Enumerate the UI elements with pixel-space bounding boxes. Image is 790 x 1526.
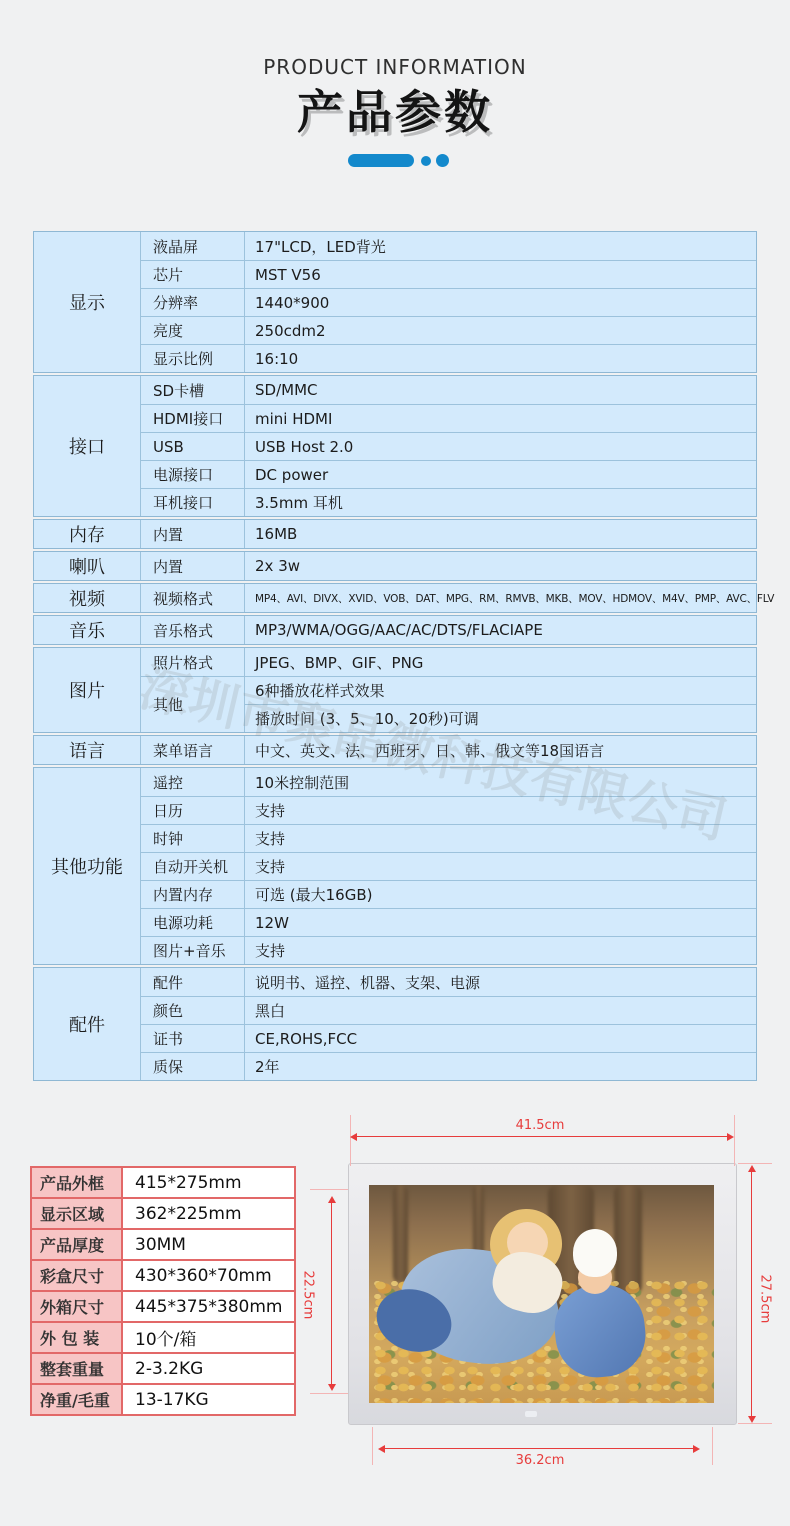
spec-key-cell: 内置: [141, 520, 245, 548]
spec-key-cell: SD卡槽: [141, 376, 245, 404]
size-value-cell: 30MM: [123, 1230, 294, 1259]
size-table-row: 产品外框415*275mm: [32, 1168, 294, 1197]
extension-line: [310, 1189, 348, 1190]
size-key-cell: 彩盒尺寸: [32, 1261, 123, 1290]
spec-rows: 菜单语言中文、英文、法、西班牙、日、韩、俄文等18国语言: [141, 736, 756, 764]
size-key-cell: 产品外框: [32, 1168, 123, 1197]
spec-value-cell: MP3/WMA/OGG/AAC/AC/DTS/FLACIAPE: [245, 616, 756, 644]
spec-section: 图片照片格式JPEG、BMP、GIF、PNG其他6种播放花样式效果播放时间 (3…: [33, 647, 757, 733]
accent-dot: [436, 154, 449, 167]
arrowhead-up-icon: [748, 1165, 756, 1172]
spec-category-cell: 配件: [34, 968, 141, 1080]
spec-value-cell: 250cdm2: [245, 316, 756, 344]
spec-rows: 视频格式MP4、AVI、DIVX、XVID、VOB、DAT、MPG、RM、RMV…: [141, 584, 774, 612]
frame-screen-photo: [369, 1185, 714, 1403]
spec-value-cell: CE,ROHS,FCC: [245, 1024, 756, 1052]
spec-value-cell: 支持: [245, 852, 756, 880]
spec-category-cell: 图片: [34, 648, 141, 732]
arrowhead-down-icon: [748, 1416, 756, 1423]
spec-category-cell: 接口: [34, 376, 141, 516]
spec-value-cell: 支持: [245, 936, 756, 964]
spec-rows: 配件说明书、遥控、机器、支架、电源颜色黑白证书CE,ROHS,FCC质保2年: [141, 968, 756, 1080]
photo-child-hat: [573, 1229, 618, 1277]
spec-key-cell: 分辨率: [141, 288, 245, 316]
size-key-cell: 外 包 装: [32, 1323, 123, 1352]
spec-rows: 照片格式JPEG、BMP、GIF、PNG其他6种播放花样式效果播放时间 (3、5…: [141, 648, 756, 732]
spec-value-cell: 12W: [245, 908, 756, 936]
spec-key-cell: 菜单语言: [141, 736, 245, 764]
spec-key-cell: 电源功耗: [141, 908, 245, 936]
spec-value-cell: 支持: [245, 796, 756, 824]
dimension-label-bottom: 36.2cm: [495, 1453, 585, 1468]
spec-key-cell: USB: [141, 432, 245, 460]
spec-key-cell: 电源接口: [141, 460, 245, 488]
arrowhead-up-icon: [328, 1196, 336, 1203]
size-table-row: 净重/毛重13-17KG: [32, 1383, 294, 1414]
size-key-cell: 净重/毛重: [32, 1385, 123, 1414]
spec-section: 视频视频格式MP4、AVI、DIVX、XVID、VOB、DAT、MPG、RM、R…: [33, 583, 757, 613]
spec-key-cell: 内置: [141, 552, 245, 580]
spec-key-cell: 自动开关机: [141, 852, 245, 880]
photo-tree-trunk: [393, 1185, 408, 1283]
arrowhead-left-icon: [378, 1445, 385, 1453]
page-title: 产品参数: [0, 76, 790, 142]
spec-value-cell: JPEG、BMP、GIF、PNG: [245, 648, 756, 676]
size-table-row: 显示区域362*225mm: [32, 1197, 294, 1228]
spec-value-cell: 1440*900: [245, 288, 756, 316]
spec-value-cell: 17"LCD，LED背光: [245, 232, 756, 260]
spec-rows: 液晶屏17"LCD，LED背光芯片MST V56分辨率1440*900亮度250…: [141, 232, 756, 372]
spec-category-cell: 显示: [34, 232, 141, 372]
size-value-cell: 2-3.2KG: [123, 1354, 294, 1383]
spec-category-cell: 内存: [34, 520, 141, 548]
product-info-page: PRODUCT INFORMATION 产品参数 显示液晶屏17"LCD，LED…: [0, 0, 790, 1526]
spec-value-cell: DC power: [245, 460, 756, 488]
spec-key-cell: 视频格式: [141, 584, 245, 612]
spec-key-cell: 图片+音乐: [141, 936, 245, 964]
spec-value-cell: 2x 3w: [245, 552, 756, 580]
spec-key-cell: 照片格式: [141, 648, 245, 676]
arrowhead-down-icon: [328, 1384, 336, 1391]
spec-category-cell: 喇叭: [34, 552, 141, 580]
size-key-cell: 整套重量: [32, 1354, 123, 1383]
size-value-cell: 13-17KG: [123, 1385, 294, 1414]
spec-value-cell: mini HDMI: [245, 404, 756, 432]
size-key-cell: 产品厚度: [32, 1230, 123, 1259]
spec-rows: 音乐格式MP3/WMA/OGG/AAC/AC/DTS/FLACIAPE: [141, 616, 756, 644]
accent-bar: [348, 154, 414, 167]
spec-value-cell: 可选 (最大16GB): [245, 880, 756, 908]
size-table-row: 彩盒尺寸430*360*70mm: [32, 1259, 294, 1290]
dimension-line-right: [751, 1172, 752, 1416]
spec-section: 音乐音乐格式MP3/WMA/OGG/AAC/AC/DTS/FLACIAPE: [33, 615, 757, 645]
size-table: 产品外框415*275mm显示区域362*225mm产品厚度30MM彩盒尺寸43…: [30, 1166, 296, 1416]
extension-line: [310, 1393, 348, 1394]
spec-value-cell: USB Host 2.0: [245, 432, 756, 460]
spec-key-cell: 证书: [141, 1024, 245, 1052]
size-value-cell: 362*225mm: [123, 1199, 294, 1228]
size-table-row: 整套重量2-3.2KG: [32, 1352, 294, 1383]
spec-key-cell: HDMI接口: [141, 404, 245, 432]
spec-rows: SD卡槽SD/MMCHDMI接口mini HDMIUSBUSB Host 2.0…: [141, 376, 756, 516]
spec-value-cell: MST V56: [245, 260, 756, 288]
extension-line: [734, 1115, 735, 1166]
spec-section: 语言菜单语言中文、英文、法、西班牙、日、韩、俄文等18国语言: [33, 735, 757, 765]
spec-value-cell: SD/MMC: [245, 376, 756, 404]
spec-section: 接口SD卡槽SD/MMCHDMI接口mini HDMIUSBUSB Host 2…: [33, 375, 757, 517]
spec-key-cell: 质保: [141, 1052, 245, 1080]
spec-section: 内存内置16MB: [33, 519, 757, 549]
size-value-cell: 10个/箱: [123, 1323, 294, 1352]
spec-value-cell: 16MB: [245, 520, 756, 548]
spec-key-cell: 液晶屏: [141, 232, 245, 260]
extension-line: [712, 1427, 713, 1465]
spec-key-cell: 其他: [141, 676, 245, 732]
spec-rows: 内置16MB: [141, 520, 756, 548]
spec-value-cell: 2年: [245, 1052, 756, 1080]
size-key-cell: 外箱尺寸: [32, 1292, 123, 1321]
size-table-row: 产品厚度30MM: [32, 1228, 294, 1259]
spec-section: 配件配件说明书、遥控、机器、支架、电源颜色黑白证书CE,ROHS,FCC质保2年: [33, 967, 757, 1081]
spec-rows: 内置2x 3w: [141, 552, 756, 580]
dimension-label-right: 27.5cm: [758, 1275, 773, 1321]
dimension-line-left: [331, 1203, 332, 1384]
size-key-cell: 显示区域: [32, 1199, 123, 1228]
spec-value-cell: 6种播放花样式效果: [245, 676, 756, 704]
spec-key-cell: 芯片: [141, 260, 245, 288]
extension-line: [372, 1427, 373, 1465]
spec-value-cell: 说明书、遥控、机器、支架、电源: [245, 968, 756, 996]
spec-value-cell: 10米控制范围: [245, 768, 756, 796]
spec-value-cell: 16:10: [245, 344, 756, 372]
accent-dot: [421, 156, 431, 166]
size-table-row: 外 包 装10个/箱: [32, 1321, 294, 1352]
spec-table: 显示液晶屏17"LCD，LED背光芯片MST V56分辨率1440*900亮度2…: [33, 231, 757, 1083]
size-value-cell: 430*360*70mm: [123, 1261, 294, 1290]
dimension-line-bottom: [385, 1448, 693, 1449]
extension-line: [738, 1163, 772, 1164]
extension-line: [738, 1423, 772, 1424]
arrowhead-right-icon: [727, 1133, 734, 1141]
spec-section: 喇叭内置2x 3w: [33, 551, 757, 581]
size-value-cell: 415*275mm: [123, 1168, 294, 1197]
spec-value-cell: 支持: [245, 824, 756, 852]
spec-section: 其他功能遥控10米控制范围日历支持时钟支持自动开关机支持内置内存可选 (最大16…: [33, 767, 757, 965]
spec-section: 显示液晶屏17"LCD，LED背光芯片MST V56分辨率1440*900亮度2…: [33, 231, 757, 373]
dimension-label-left: 22.5cm: [301, 1271, 316, 1317]
spec-category-cell: 视频: [34, 584, 141, 612]
spec-key-cell: 内置内存: [141, 880, 245, 908]
spec-value-cell: MP4、AVI、DIVX、XVID、VOB、DAT、MPG、RM、RMVB、MK…: [245, 584, 774, 612]
spec-value-cell: 3.5mm 耳机: [245, 488, 756, 516]
frame-ir-sensor: [525, 1411, 537, 1417]
spec-key-cell: 亮度: [141, 316, 245, 344]
spec-value-cell: 播放时间 (3、5、10、20秒)可调: [245, 704, 756, 732]
spec-key-cell: 配件: [141, 968, 245, 996]
spec-key-cell: 颜色: [141, 996, 245, 1024]
spec-key-cell: 显示比例: [141, 344, 245, 372]
spec-key-cell: 时钟: [141, 824, 245, 852]
size-value-cell: 445*375*380mm: [123, 1292, 294, 1321]
spec-key-cell: 日历: [141, 796, 245, 824]
arrowhead-right-icon: [693, 1445, 700, 1453]
spec-rows: 遥控10米控制范围日历支持时钟支持自动开关机支持内置内存可选 (最大16GB)电…: [141, 768, 756, 964]
dimension-line-top: [357, 1136, 727, 1137]
spec-key-cell: 耳机接口: [141, 488, 245, 516]
arrowhead-left-icon: [350, 1133, 357, 1141]
photo-frame-product-image: [348, 1163, 737, 1425]
size-table-row: 外箱尺寸445*375*380mm: [32, 1290, 294, 1321]
spec-category-cell: 语言: [34, 736, 141, 764]
spec-key-cell: 遥控: [141, 768, 245, 796]
spec-value-cell: 中文、英文、法、西班牙、日、韩、俄文等18国语言: [245, 736, 756, 764]
spec-category-cell: 其他功能: [34, 768, 141, 964]
spec-category-cell: 音乐: [34, 616, 141, 644]
spec-value-cell: 黑白: [245, 996, 756, 1024]
spec-key-cell: 音乐格式: [141, 616, 245, 644]
dimension-label-top: 41.5cm: [495, 1118, 585, 1133]
